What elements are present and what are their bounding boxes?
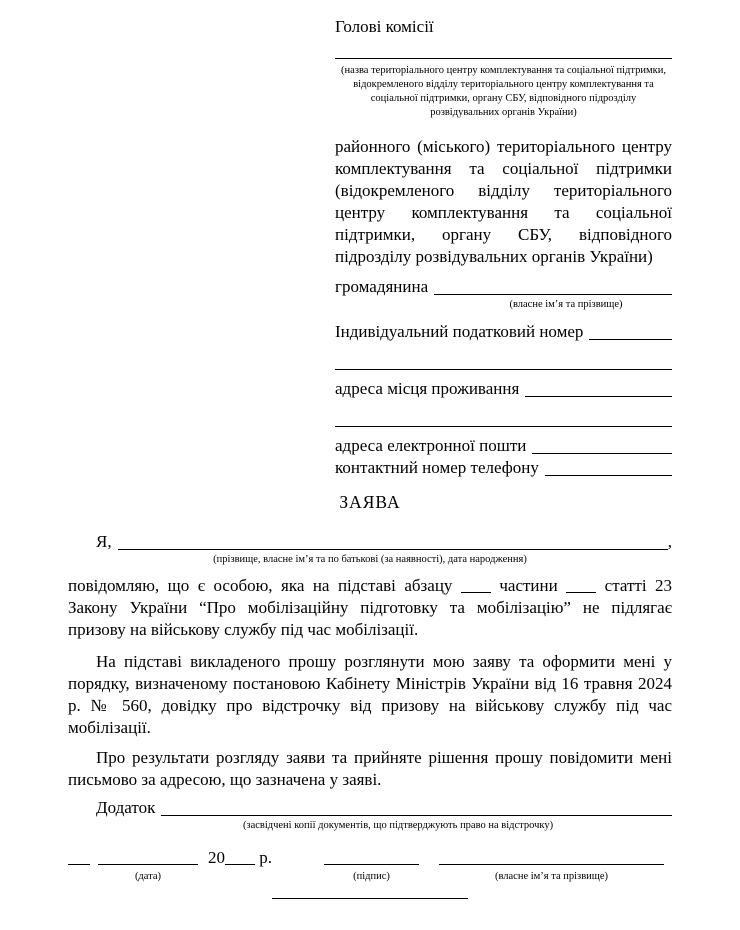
- attachment-row: Додаток: [68, 797, 672, 819]
- year-blank: [225, 850, 255, 865]
- year-column: 20 р.: [208, 847, 272, 869]
- email-blank: [532, 435, 672, 454]
- applicant-suffix: ,: [668, 531, 672, 553]
- residence-continuation-blank: [335, 408, 672, 427]
- residence-row: адреса місця проживання: [335, 378, 672, 400]
- applicant-row: Я, ,: [68, 531, 672, 553]
- paragraph-request: На підставі викладеного прошу розглянути…: [68, 651, 672, 739]
- org-name-blank: [335, 58, 672, 59]
- citizen-row: громадянина: [335, 276, 672, 298]
- name-blank: [439, 850, 664, 865]
- p1-text-2: частини: [499, 576, 557, 595]
- tax-number-blank: [589, 321, 672, 340]
- year-prefix: 20: [208, 848, 225, 867]
- sign-column: (підпис): [324, 847, 419, 884]
- day-blank: [68, 850, 90, 865]
- phone-row: контактний номер телефону: [335, 457, 672, 479]
- document-title: ЗАЯВА: [68, 491, 672, 513]
- applicant-name-blank: [118, 531, 668, 550]
- sign-caption: (підпис): [324, 870, 419, 884]
- tax-number-row: Індивідуальний податковий номер: [335, 321, 672, 343]
- date-column: (дата): [98, 847, 198, 884]
- addressee: Голові комісії: [335, 16, 672, 38]
- attachment-label: Додаток: [96, 797, 155, 819]
- applicant-prefix: Я,: [96, 531, 112, 553]
- footer-blank-line: [272, 898, 468, 899]
- residence-blank: [525, 378, 672, 397]
- tax-number-continuation-blank: [335, 351, 672, 370]
- phone-blank: [545, 457, 672, 476]
- name-caption: (власне ім’я та прізвище): [439, 870, 664, 884]
- paragraph-notify: Про результати розгляду заяви та прийнят…: [68, 747, 672, 791]
- citizen-label: громадянина: [335, 276, 428, 298]
- name-column: (власне ім’я та прізвище): [439, 847, 664, 884]
- attachment-caption: (засвідчені копії документів, що підтвер…: [178, 819, 618, 833]
- signature-block: (дата) 20 р. (підпис) (власне ім’я та пр…: [68, 847, 672, 884]
- p1-text-1: повідомляю, що є особою, яка на підставі…: [68, 576, 452, 595]
- sign-blank: [324, 850, 419, 865]
- paragraph-deferral-basis: повідомляю, що є особою, яка на підставі…: [68, 575, 672, 641]
- citizen-caption: (власне ім’я та прізвище): [460, 298, 672, 312]
- year-suffix: р.: [259, 848, 272, 867]
- email-label: адреса електронної пошти: [335, 435, 526, 457]
- document-page: Голові комісії (назва територіального це…: [0, 0, 740, 930]
- attachment-blank: [161, 797, 672, 816]
- day-column: [68, 847, 90, 869]
- org-name-caption: (назва територіального центру комплектув…: [335, 64, 672, 120]
- addressee-block: Голові комісії (назва територіального це…: [335, 16, 672, 479]
- residence-label: адреса місця проживання: [335, 378, 519, 400]
- applicant-caption: (прізвище, власне ім’я та по батькові (з…: [68, 553, 672, 567]
- paragraph-number-blank: [461, 578, 491, 593]
- month-blank: [98, 850, 198, 865]
- email-row: адреса електронної пошти: [335, 435, 672, 457]
- tax-number-label: Індивідуальний податковий номер: [335, 321, 583, 343]
- part-number-blank: [566, 578, 596, 593]
- org-description: районного (міського) територіального цен…: [335, 136, 672, 268]
- phone-label: контактний номер телефону: [335, 457, 539, 479]
- date-caption: (дата): [98, 870, 198, 884]
- citizen-name-blank: [434, 276, 672, 295]
